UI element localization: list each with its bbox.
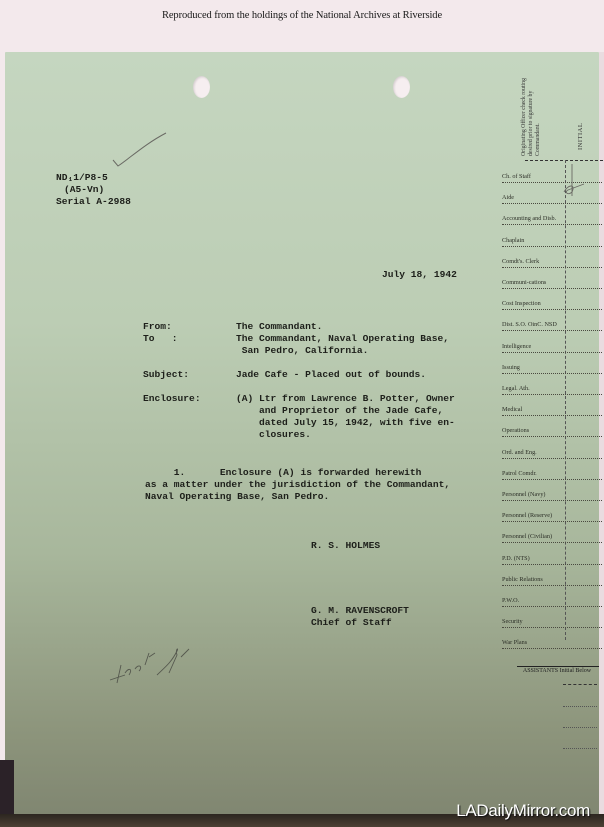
routing-row: Issuing bbox=[502, 353, 602, 374]
routing-row-label: Ord. and Eng. bbox=[502, 449, 564, 456]
pencil-checkmark-icon bbox=[110, 130, 170, 170]
routing-row: Legal. Ath. bbox=[502, 374, 602, 395]
enclosure-line: dated July 15, 1942, with five en- bbox=[236, 417, 455, 429]
routing-row-label: Dist. S.O. OinC. NSD bbox=[502, 321, 564, 328]
assistants-line bbox=[563, 706, 597, 707]
routing-row-label: Ch. of Staff bbox=[502, 173, 564, 180]
routing-row-rule bbox=[502, 648, 602, 649]
site-watermark: LADailyMirror.com bbox=[456, 801, 590, 821]
routing-row-label: Chaplain bbox=[502, 237, 564, 244]
routing-row: Public Relations bbox=[502, 565, 602, 586]
routing-row: Medical bbox=[502, 395, 602, 416]
signer-ravenscroft: G. M. RAVENSCROFT bbox=[311, 605, 409, 617]
serial-number: Serial A-2988 bbox=[56, 196, 131, 208]
routing-row-label: Personnel (Navy) bbox=[502, 491, 564, 498]
signer-holmes: R. S. HOLMES bbox=[311, 540, 380, 552]
punch-hole-left bbox=[193, 76, 210, 98]
routing-row-label: War Plans bbox=[502, 639, 564, 646]
punch-hole-right bbox=[393, 76, 410, 98]
desk-edge bbox=[0, 760, 14, 820]
assistants-line bbox=[563, 727, 597, 728]
routing-row: Ord. and Eng. bbox=[502, 438, 602, 459]
assistants-initial-rule bbox=[563, 684, 597, 685]
from-value: The Commandant. bbox=[236, 321, 322, 333]
routing-row: Comdt's. Clerk bbox=[502, 247, 602, 268]
routing-row: Personnel (Civilian) bbox=[502, 522, 602, 543]
archive-reproduction-note: Reproduced from the holdings of the Nati… bbox=[0, 10, 604, 21]
routing-row: Personnel (Navy) bbox=[502, 480, 602, 501]
routing-row-label: Issuing bbox=[502, 364, 564, 371]
memo-date: July 18, 1942 bbox=[382, 269, 457, 281]
routing-row-label: Aide bbox=[502, 194, 564, 201]
routing-row-label: Legal. Ath. bbox=[502, 385, 564, 392]
file-reference: ND₁1/P8-5 bbox=[56, 172, 108, 184]
assistants-rule bbox=[517, 666, 599, 667]
enclosure-line: (A) Ltr from Lawrence B. Potter, Owner bbox=[236, 393, 455, 405]
routing-row-label: Intelligence bbox=[502, 343, 564, 350]
to-label: To : bbox=[143, 333, 178, 345]
routing-row-label: Accounting and Disb. bbox=[502, 215, 564, 222]
file-reference-sub: (A5-Vn) bbox=[64, 184, 104, 196]
handwritten-date-icon bbox=[105, 645, 215, 695]
assistants-label: ASSISTANTS Initial Below bbox=[515, 668, 599, 675]
routing-row-label: Medical bbox=[502, 406, 564, 413]
routing-row: War Plans bbox=[502, 628, 602, 649]
routing-row: P.D. (NTS) bbox=[502, 544, 602, 565]
from-label: From: bbox=[143, 321, 172, 333]
routing-row: Security bbox=[502, 607, 602, 628]
subject-value: Jade Cafe - Placed out of bounds. bbox=[236, 369, 426, 381]
routing-row: Cost Inspection bbox=[502, 289, 602, 310]
routing-row-label: Cost Inspection bbox=[502, 300, 564, 307]
routing-row: Intelligence bbox=[502, 332, 602, 353]
routing-row: Chaplain bbox=[502, 226, 602, 247]
routing-row-label: Patrol Comdr. bbox=[502, 470, 564, 477]
routing-row-label: Operations bbox=[502, 427, 564, 434]
enclosure-line: closures. bbox=[236, 429, 311, 441]
body-line: as a matter under the jurisdiction of th… bbox=[145, 479, 450, 491]
routing-row-label: P.W.O. bbox=[502, 597, 564, 604]
initial-header: INITIAL bbox=[577, 110, 584, 150]
routing-row: Patrol Comdr. bbox=[502, 459, 602, 480]
subject-label: Subject: bbox=[143, 369, 189, 381]
enclosure-label: Enclosure: bbox=[143, 393, 201, 405]
routing-row-label: Communi-cations bbox=[502, 279, 564, 286]
routing-row-label: P.D. (NTS) bbox=[502, 555, 564, 562]
routing-row: Communi-cations bbox=[502, 268, 602, 289]
to-value-line-1: The Commandant, Naval Operating Base, bbox=[236, 333, 449, 345]
routing-row-label: Personnel (Reserve) bbox=[502, 512, 564, 519]
to-value-line-2: San Pedro, California. bbox=[236, 345, 368, 357]
enclosure-line: and Proprietor of the Jade Cafe, bbox=[236, 405, 443, 417]
routing-header: Originating Officer check routing desire… bbox=[521, 68, 547, 156]
routing-row-label: Public Relations bbox=[502, 576, 564, 583]
assistants-line bbox=[563, 748, 597, 749]
pencil-initial-icon bbox=[558, 162, 588, 200]
routing-row-label: Comdt's. Clerk bbox=[502, 258, 564, 265]
routing-row: Operations bbox=[502, 416, 602, 437]
signer-title: Chief of Staff bbox=[311, 617, 392, 629]
routing-row: Personnel (Reserve) bbox=[502, 501, 602, 522]
routing-row-label: Personnel (Civilian) bbox=[502, 533, 564, 540]
routing-row: Dist. S.O. OinC. NSD bbox=[502, 310, 602, 331]
routing-row: Accounting and Disb. bbox=[502, 204, 602, 225]
body-line: 1. Enclosure (A) is forwarded herewith bbox=[145, 467, 421, 479]
routing-row-label: Security bbox=[502, 618, 564, 625]
body-line: Naval Operating Base, San Pedro. bbox=[145, 491, 329, 503]
routing-row: P.W.O. bbox=[502, 586, 602, 607]
